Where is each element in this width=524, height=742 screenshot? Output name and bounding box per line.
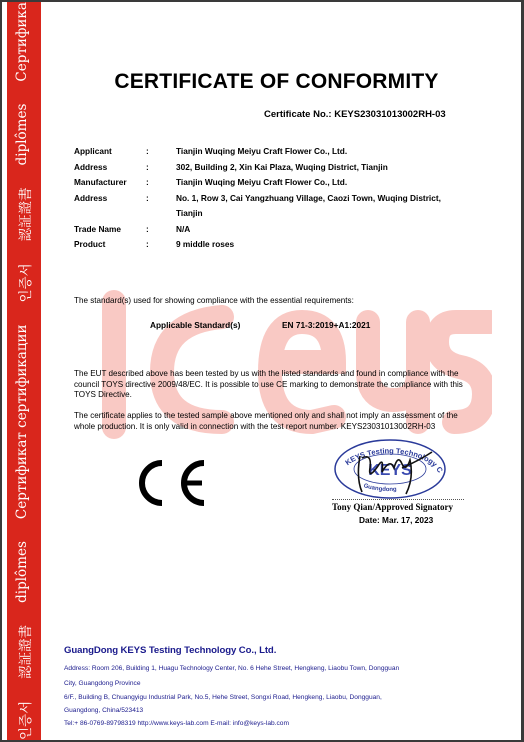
certificate-number-label: Certificate No.: bbox=[264, 109, 332, 120]
signatory-name: Tony Qian/Approved Signatory bbox=[332, 502, 453, 512]
info-row: Address:No. 1, Row 3, Cai Yangzhuang Vil… bbox=[74, 191, 476, 207]
info-label: Address bbox=[74, 191, 146, 207]
info-colon: : bbox=[146, 175, 176, 191]
info-label: Applicant bbox=[74, 144, 146, 160]
validity-statement: The certificate applies to the tested sa… bbox=[74, 411, 469, 432]
document-title: CERTIFICATE OF CONFORMITY bbox=[2, 70, 521, 94]
info-value: 9 middle roses bbox=[176, 237, 476, 253]
sidebar-text-segment: diplômes bbox=[14, 104, 34, 166]
footer-address-line: City, Guangdong Province bbox=[64, 680, 140, 687]
footer-address-line: Address: Room 206, Building 1, Huagu Tec… bbox=[64, 665, 399, 672]
info-label: Trade Name bbox=[74, 222, 146, 238]
company-seal-stamp: KEYS Testing Technology Co., Ltd. Guangd… bbox=[332, 438, 448, 500]
footer-address-line: Guangdong, China/523413 bbox=[64, 707, 143, 714]
info-row: Address:302, Building 2, Xin Kai Plaza, … bbox=[74, 160, 476, 176]
certificate-page: 인증서認証證書diplômesСертификат сертификации인증… bbox=[2, 2, 521, 740]
info-value: 302, Building 2, Xin Kai Plaza, Wuqing D… bbox=[176, 160, 476, 176]
footer-address-line: 6/F., Building B, Chuangyigu Industrial … bbox=[64, 694, 382, 701]
info-label: Address bbox=[74, 160, 146, 176]
info-row: Manufacturer:Tianjin Wuqing Meiyu Craft … bbox=[74, 175, 476, 191]
info-colon: : bbox=[146, 237, 176, 253]
applicable-standards-value: EN 71-3:2019+A1:2021 bbox=[282, 320, 370, 330]
info-label: Manufacturer bbox=[74, 175, 146, 191]
info-row: Applicant:Tianjin Wuqing Meiyu Craft Flo… bbox=[74, 144, 476, 160]
issuer-company-name: GuangDong KEYS Testing Technology Co., L… bbox=[64, 645, 276, 656]
applicable-standards-label: Applicable Standard(s) bbox=[150, 320, 240, 330]
info-value: Tianjin Wuqing Meiyu Craft Flower Co., L… bbox=[176, 144, 476, 160]
sidebar-text-segment: diplômes bbox=[14, 541, 34, 603]
compliance-statement: The EUT described above has been tested … bbox=[74, 369, 469, 401]
info-row: Tianjin bbox=[74, 206, 476, 222]
sidebar-text-segment: 인증서 bbox=[14, 263, 34, 302]
sidebar-text-strip: 인증서認証證書diplômesСертификат сертификации인증… bbox=[14, 2, 34, 740]
signature-line bbox=[332, 499, 464, 500]
sidebar-text-segment: Сертификат сертификации bbox=[14, 324, 34, 519]
certificate-number: Certificate No.: KEYS23031013002RH-03 bbox=[264, 109, 446, 120]
info-value: Tianjin Wuqing Meiyu Craft Flower Co., L… bbox=[176, 175, 476, 191]
decorative-sidebar: 인증서認証證書diplômesСертификат сертификации인증… bbox=[7, 2, 41, 740]
info-colon: : bbox=[146, 191, 176, 207]
certificate-number-value: KEYS23031013002RH-03 bbox=[334, 109, 445, 120]
svg-text:Guangdong: Guangdong bbox=[363, 483, 397, 493]
info-colon: : bbox=[146, 222, 176, 238]
signature-date: Date: Mar. 17, 2023 bbox=[359, 515, 433, 525]
info-value: Tianjin bbox=[176, 206, 476, 222]
footer-contact-line: Tel:+ 86-0769-89798319 http://www.keys-l… bbox=[64, 720, 289, 727]
info-row: Product:9 middle roses bbox=[74, 237, 476, 253]
info-label bbox=[74, 206, 146, 222]
info-value: No. 1, Row 3, Cai Yangzhuang Village, Ca… bbox=[176, 191, 476, 207]
info-colon bbox=[146, 206, 176, 222]
info-colon: : bbox=[146, 144, 176, 160]
info-colon: : bbox=[146, 160, 176, 176]
info-row: Trade Name:N/A bbox=[74, 222, 476, 238]
sidebar-text-segment: 認証證書 bbox=[14, 625, 34, 679]
info-label: Product bbox=[74, 237, 146, 253]
info-value: N/A bbox=[176, 222, 476, 238]
standards-intro: The standard(s) used for showing complia… bbox=[74, 296, 469, 307]
sidebar-text-segment: 인증서 bbox=[14, 701, 34, 740]
ce-mark-icon bbox=[126, 457, 208, 509]
sidebar-text-segment: 認証證書 bbox=[14, 187, 34, 241]
applicant-info-table: Applicant:Tianjin Wuqing Meiyu Craft Flo… bbox=[74, 144, 476, 253]
